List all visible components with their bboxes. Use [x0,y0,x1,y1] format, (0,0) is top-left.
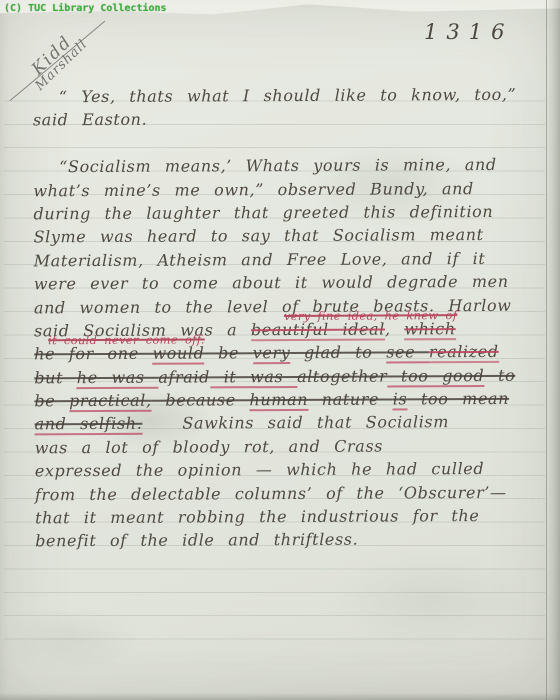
handwriting-text: expressed the opinion — which he had cul… [35,459,484,480]
handwriting-deleted-text: be [34,391,69,410]
handwriting-deleted-text: is [393,389,408,410]
handwriting-deleted-text: realized [429,342,499,363]
manuscript-line: what’s mine’s me own,” observed Bundy, a… [33,176,545,202]
manuscript-line: be practical, because human nature is to… [34,387,546,413]
handwriting-deleted-text: be [204,343,252,362]
manuscript-line: “ Yes, thats what I should like to know,… [33,83,545,109]
page-number: 1316 [424,20,513,44]
handwriting-text: was a lot of bloody rot, and Crass [35,436,383,457]
handwriting-text: from the delectable columns’ of the ‘Obs… [35,483,507,504]
handwriting-deleted-text: too mean [407,389,509,409]
handwriting-text: “ Yes, thats what I should like to know,… [59,85,517,106]
handwriting-text: benefit of the idle and thriftless. [35,530,358,551]
handwriting-text: “Socialism means,’ Whats yours is mine, … [59,155,497,176]
manuscript-line: Slyme was heard to say that Socialism me… [34,223,546,249]
handwriting-deleted-text: human [249,390,308,411]
handwriting-deleted-text: altogether [297,366,387,385]
handwriting-text: Sawkins said that Socialism [182,413,449,433]
manuscript-line: benefit of the idle and thriftless. [35,527,547,553]
handwriting-deleted-text: he was [77,367,159,388]
manuscript-line: but he was afraid it was altogether too … [34,363,546,389]
handwriting-deleted-text: to [484,366,515,385]
manuscript-line: was a lot of bloody rot, and Crass [35,434,547,460]
manuscript-line [33,129,545,155]
red-ink-deleted-insertion: very fine idea, he knew of [284,308,457,323]
handwriting-deleted-text: afraid [158,367,210,386]
paper-right-edge [546,0,560,700]
manuscript-line: that it meant robbing the industrious fo… [35,504,547,530]
manuscript-line: Materialism, Atheism and Free Love, and … [34,246,546,272]
handwriting-text: what’s mine’s me own,” observed Bundy, a… [33,179,474,200]
manuscript-line: said Easton. [33,106,545,132]
manuscript-line: were ever to come about it would degrade… [34,270,546,296]
handwriting-deleted-text: very [253,343,291,364]
paper-bottom-edge [0,693,560,700]
copyright-watermark: (C) TUC Library Collections [4,3,167,14]
handwriting-deleted-text: glad to [290,343,386,363]
handwriting-deleted-text: too good [387,366,484,388]
handwriting-deleted-text: because [152,390,250,410]
handwriting-text: said Easton. [33,110,147,130]
handwriting-text: that it meant robbing the industrious fo… [35,506,479,527]
handwriting-deleted-text: see [386,343,429,364]
manuscript-page-scan: (C) TUC Library Collections 1316 Kidd Ma… [0,0,560,700]
manuscript-line: from the delectable columns’ of the ‘Obs… [35,480,547,506]
manuscript-line: during the laughter that greeted this de… [33,200,545,226]
handwriting-text: Slyme was heard to say that Socialism me… [34,225,484,246]
red-ink-deleted-insertion: it could never come off. [48,333,205,348]
manuscript-lines: “ Yes, thats what I should like to know,… [33,83,547,553]
handwriting-text: were ever to come about it would degrade… [34,272,509,293]
manuscript-line: and selfish.Sawkins said that Socialism [34,410,546,436]
handwriting-deleted-text: it was [210,367,297,388]
handwriting-text: Materialism, Atheism and Free Love, and … [34,249,486,270]
handwriting-deleted-text: and selfish. [35,414,143,436]
manuscript-line: expressed the opinion — which he had cul… [35,457,547,483]
handwriting-deleted-text: but [34,368,77,387]
handwriting-deleted-text: nature [308,390,393,409]
handwriting-deleted-text: practical, [69,391,152,412]
handwriting-text: during the laughter that greeted this de… [33,202,493,223]
manuscript-line: “Socialism means,’ Whats yours is mine, … [33,153,545,179]
